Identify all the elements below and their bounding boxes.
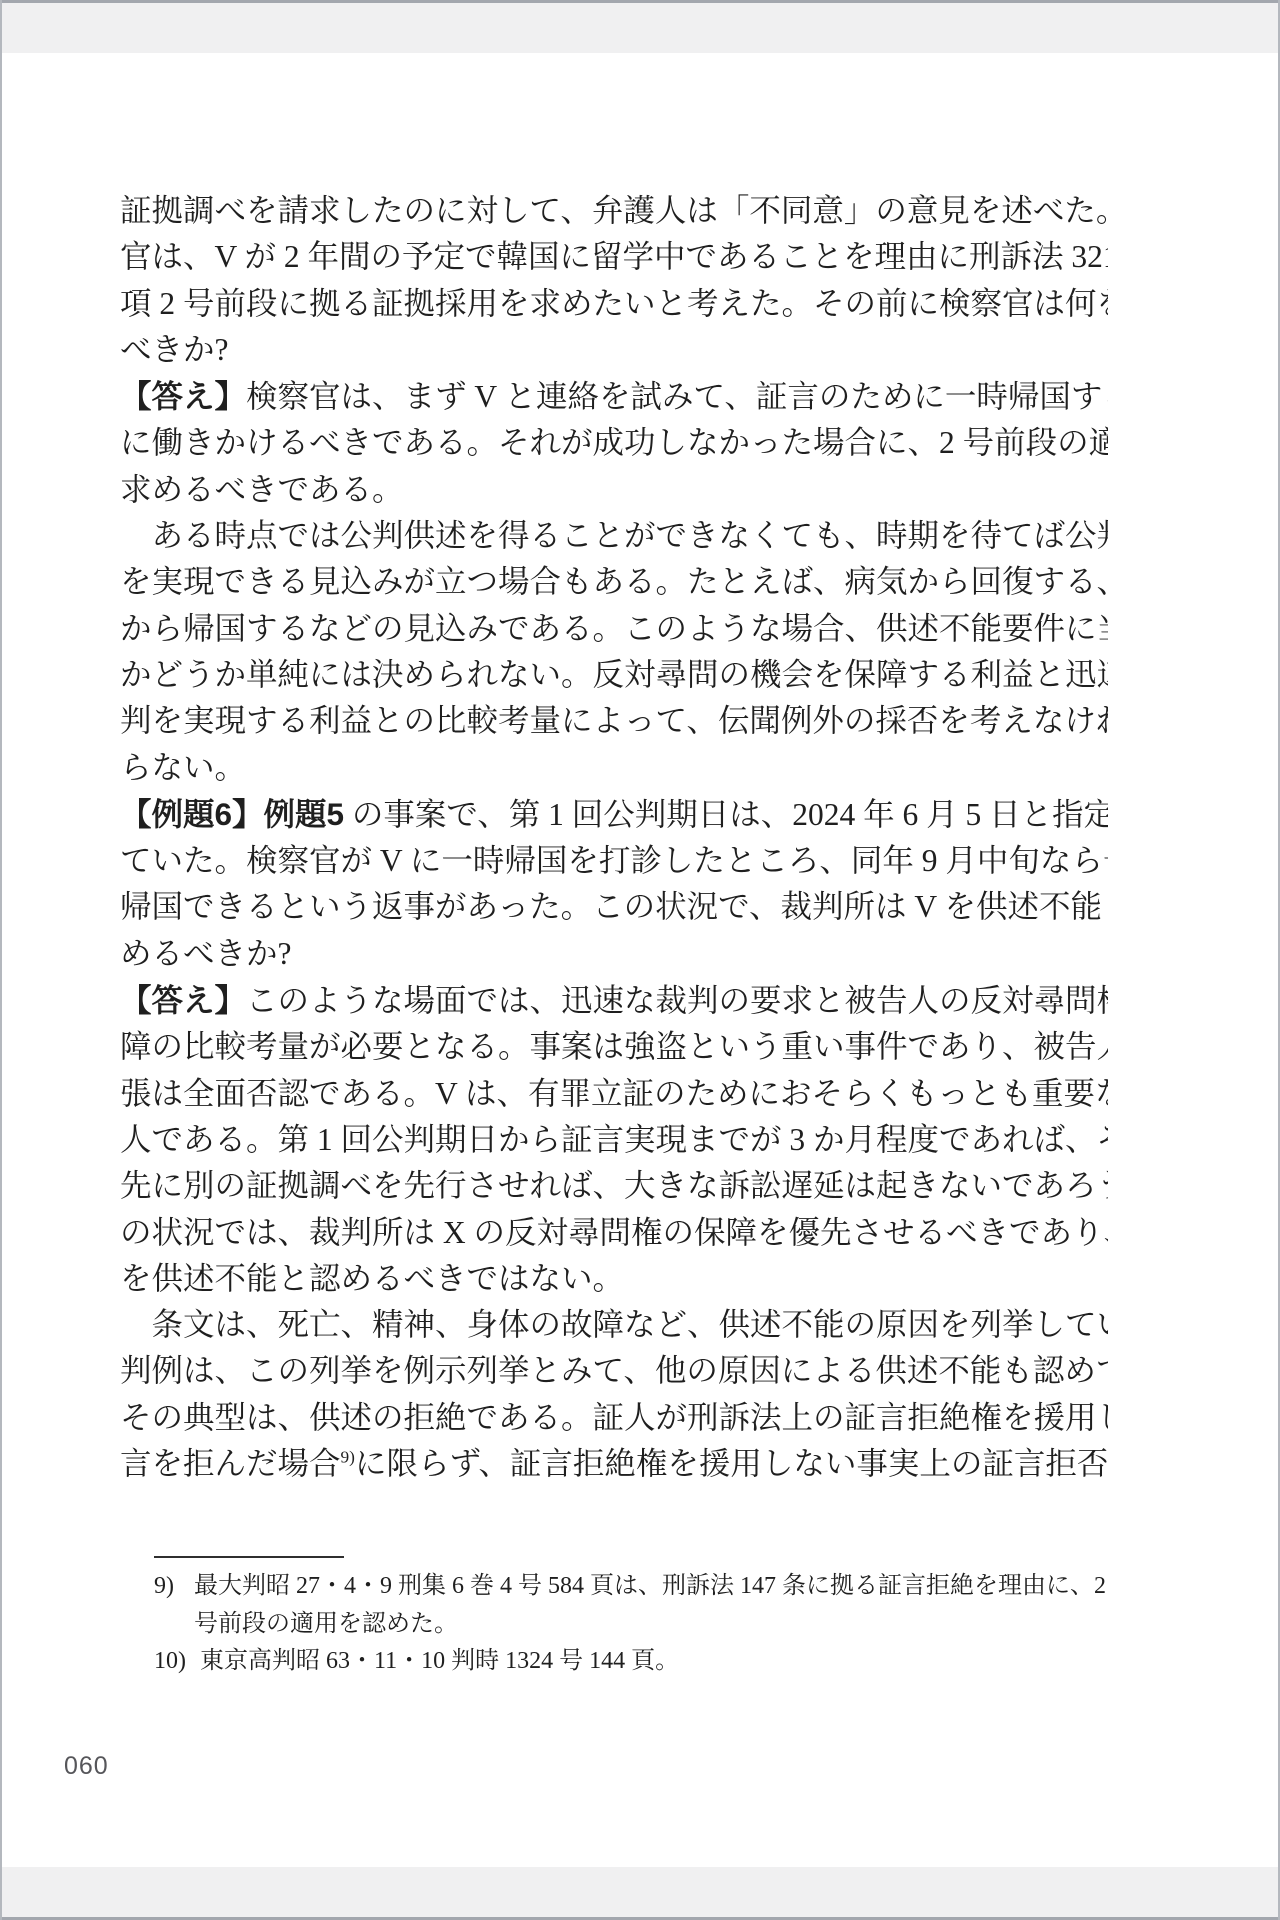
body-line: 官は、V が 2 年間の予定で韓国に留学中であることを理由に刑訴法 321 条 … <box>120 234 1108 280</box>
body-line: 【答え】このような場面では、迅速な裁判の要求と被告人の反対尋問権の保 <box>120 977 1108 1024</box>
body-line: らない。 <box>120 745 1108 791</box>
body-line: に働きかけるべきである。それが成功しなかった場合に、2 号前段の適用を <box>120 420 1108 466</box>
footnotes: 9)最大判昭 27・4・9 刑集 6 巻 4 号 584 頁は、刑訴法 147 … <box>154 1568 1110 1681</box>
body-line: 先に別の証拠調べを先行させれば、大きな訴訟遅延は起きないであろう。こ <box>120 1163 1108 1209</box>
body-line: めるべきか? <box>120 931 1108 977</box>
book-page: 証拠調べを請求したのに対して、弁護人は「不同意」の意見を述べた。検察官は、V が… <box>0 0 1280 1920</box>
footnote-text: 東京高判昭 63・11・10 判時 1324 号 144 頁。 <box>200 1643 1110 1681</box>
body-line: 【例題6】例題5 の事案で、第 1 回公判期日は、2024 年 6 月 5 日と… <box>120 791 1108 838</box>
body-line: 言を拒んだ場合9)に限らず、証言拒絶権を援用しない事実上の証言拒否10)や <box>120 1441 1108 1487</box>
footnote-item: 9)最大判昭 27・4・9 刑集 6 巻 4 号 584 頁は、刑訴法 147 … <box>154 1568 1110 1643</box>
body-line: 【答え】検察官は、まず V と連絡を試みて、証言のために一時帰国するよう <box>120 373 1108 420</box>
footnote-reference: 9) <box>341 1448 355 1467</box>
body-line: ある時点では公判供述を得ることができなくても、時期を待てば公判供述 <box>120 513 1108 559</box>
footnote-label: 9) <box>154 1568 180 1606</box>
body-line: を供述不能と認めるべきではない。 <box>120 1256 1108 1302</box>
body-line: から帰国するなどの見込みである。このような場合、供述不能要件に当たる <box>120 606 1108 652</box>
top-margin-bar <box>2 0 1278 53</box>
body-line: かどうか単純には決められない。反対尋問の機会を保障する利益と迅速な裁 <box>120 652 1108 698</box>
body-line: の状況では、裁判所は X の反対尋問権の保障を優先させるべきであり、V <box>120 1210 1108 1256</box>
body-line: を実現できる見込みが立つ場合もある。たとえば、病気から回復する、外国 <box>120 559 1108 605</box>
body-line: ていた。検察官が V に一時帰国を打診したところ、同年 9 月中旬なら一時 <box>120 838 1108 884</box>
footnote-label: 10) <box>154 1643 186 1681</box>
body-line: べきか? <box>120 327 1108 373</box>
body-line: 条文は、死亡、精神、身体の故障など、供述不能の原因を列挙している。 <box>120 1302 1108 1348</box>
page-number: 060 <box>64 1752 109 1781</box>
body-line: 判例は、この列挙を例示列挙とみて、他の原因による供述不能も認めている。 <box>120 1348 1108 1394</box>
body-line: 証拠調べを請求したのに対して、弁護人は「不同意」の意見を述べた。検察 <box>120 188 1108 234</box>
footnote-item: 10)東京高判昭 63・11・10 判時 1324 号 144 頁。 <box>154 1643 1110 1681</box>
body-line: 判を実現する利益との比較考量によって、伝聞例外の採否を考えなければな <box>120 698 1108 744</box>
body-line: 障の比較考量が必要となる。事案は強盗という重い事件であり、被告人の主 <box>120 1024 1108 1070</box>
body-line: その典型は、供述の拒絶である。証人が刑訴法上の証言拒絶権を援用して証 <box>120 1395 1108 1441</box>
body-line: 項 2 号前段に拠る証拠採用を求めたいと考えた。その前に検察官は何をする <box>120 281 1108 327</box>
body-text: 証拠調べを請求したのに対して、弁護人は「不同意」の意見を述べた。検察官は、V が… <box>120 188 1108 1487</box>
body-line: 人である。第 1 回公判期日から証言実現までが 3 か月程度であれば、その間、 <box>120 1117 1108 1163</box>
footnote-text: 最大判昭 27・4・9 刑集 6 巻 4 号 584 頁は、刑訴法 147 条に… <box>194 1568 1110 1643</box>
body-line: 帰国できるという返事があった。この状況で、裁判所は V を供述不能と認 <box>120 884 1108 930</box>
body-line: 求めるべきである。 <box>120 467 1108 513</box>
bottom-margin-bar <box>2 1867 1278 1920</box>
footnote-separator <box>154 1556 344 1558</box>
body-line: 張は全面否認である。V は、有罪立証のためにおそらくもっとも重要な証 <box>120 1071 1108 1117</box>
